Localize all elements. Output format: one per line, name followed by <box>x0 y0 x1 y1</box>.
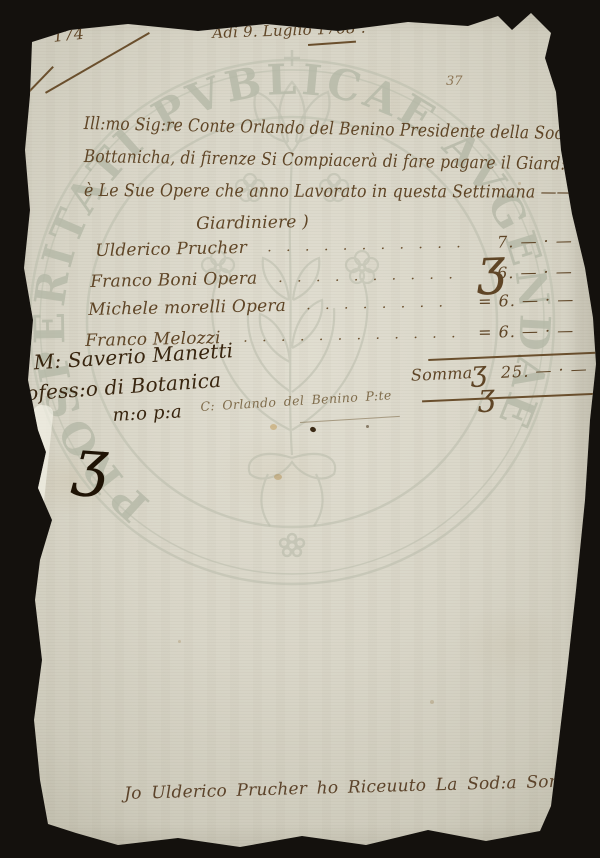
section-heading: Giardiniere ) <box>196 212 309 234</box>
dot-leader: . . . . . . . . . . . . . . . . <box>306 294 458 319</box>
foxing-spot <box>178 640 181 643</box>
total-flourish: ʒ <box>477 378 496 414</box>
total-rule-bottom <box>422 392 600 402</box>
dot-leader: . . . . . . . . . . . . . . . . . . . . <box>267 235 467 261</box>
total-block: Somma ʒ 25. — · — ʒ <box>406 345 600 420</box>
folio-number: 174 <box>52 24 85 46</box>
worker-name: Franco Boni Opera <box>90 268 258 291</box>
foxing-spot <box>430 700 434 704</box>
signature-flourish: ʒ <box>71 424 111 499</box>
ink-speck <box>366 425 369 428</box>
amount: = 6. — · — <box>478 321 574 342</box>
currency-brace: ʒ <box>476 237 506 296</box>
amount: 7. — · — <box>497 231 573 252</box>
worker-name: Ulderico Prucher <box>95 238 247 261</box>
dot-leader: . . . . . . . . . . . . . . . . . . . <box>243 325 455 351</box>
dot-leader: . . . . . . . . . . . . . . . . . . <box>278 266 463 292</box>
letter-line-3: è Le Sue Opere che anno Lavorato in ques… <box>84 181 588 203</box>
foxing-spot <box>518 182 521 185</box>
paper-sheet: PROSPERITATI PVBLICAE AVGENDAE <box>0 0 600 858</box>
page-number: 37 <box>446 74 463 89</box>
foxing-spot <box>270 424 277 430</box>
foxing-spot <box>274 474 282 480</box>
manuscript-scan: PROSPERITATI PVBLICAE AVGENDAE <box>0 0 600 858</box>
worker-name: Michele morelli Opera <box>88 296 286 320</box>
manetti-signature-line-3: m:o p:a <box>112 401 182 426</box>
amount: 6. — · — <box>497 262 573 283</box>
total-label: Somma <box>411 363 473 385</box>
total-amount: 25. — · — <box>500 359 588 382</box>
